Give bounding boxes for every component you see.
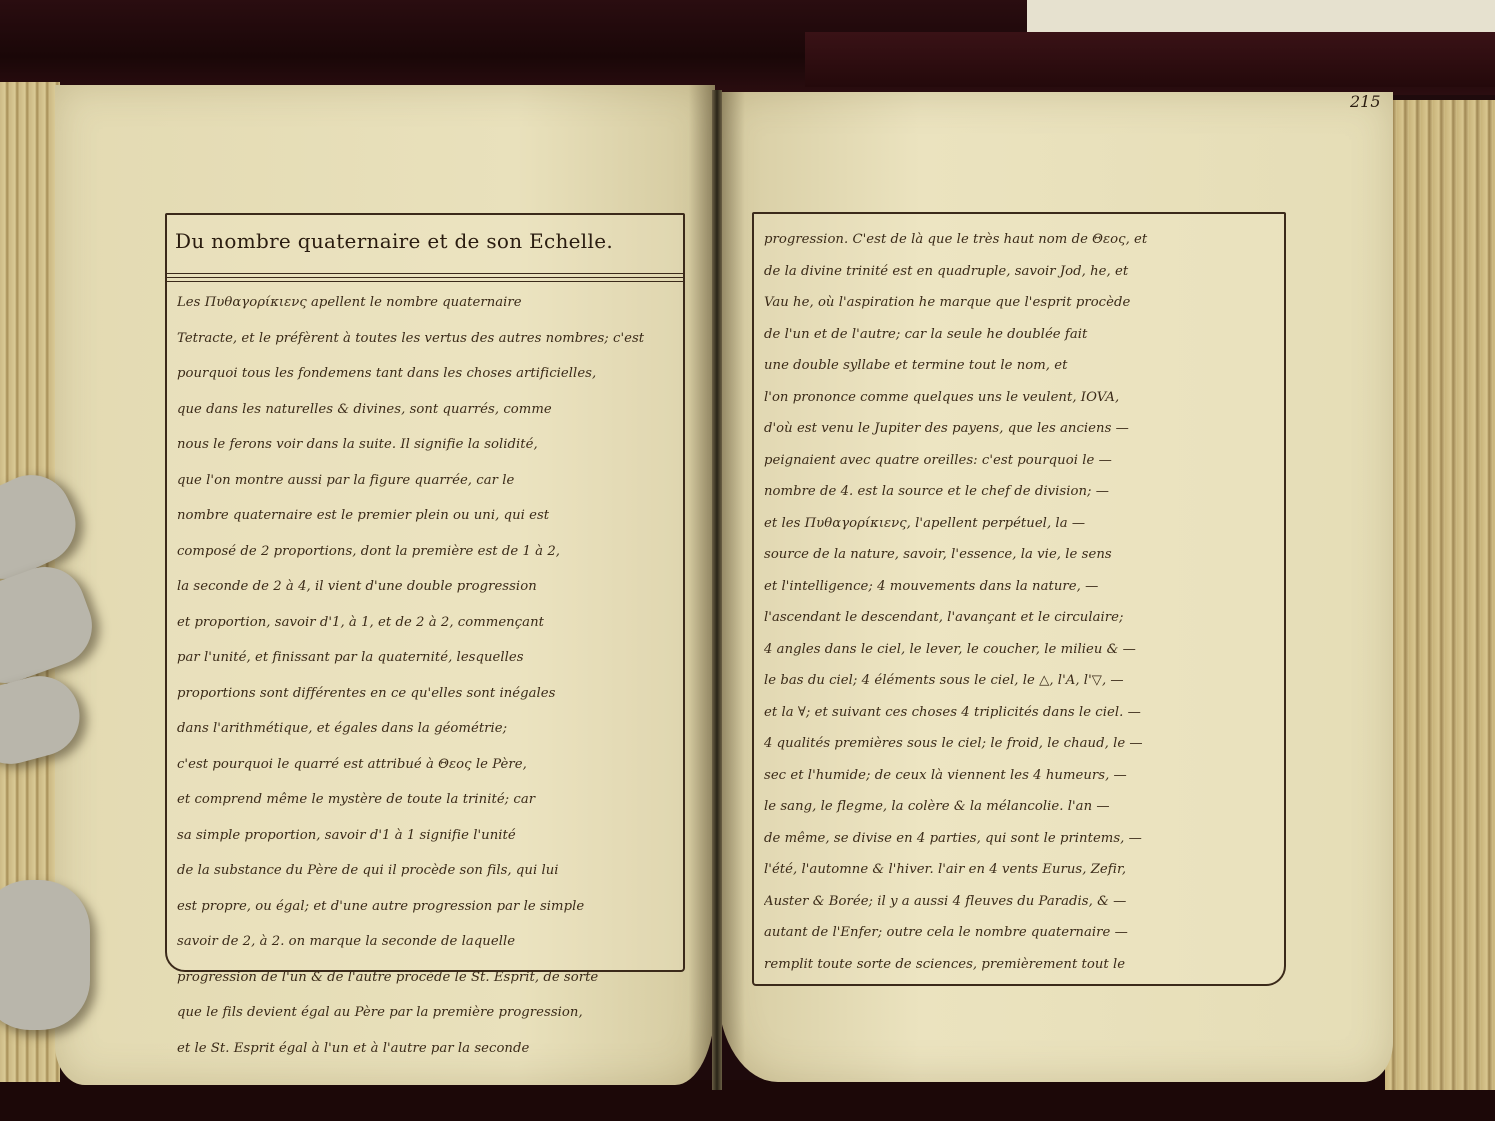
text-line: la seconde de 2 à 4, il vient d'une doub…: [177, 569, 675, 605]
text-line: proportions sont différentes en ce qu'el…: [177, 676, 675, 712]
text-line: et comprend même le mystère de toute la …: [177, 782, 675, 818]
text-line: composé de 2 proportions, dont la premiè…: [177, 534, 675, 570]
text-line: Auster & Borée; il y a aussi 4 fleuves d…: [764, 886, 1276, 918]
text-line: Vau he, où l'aspiration he marque que l'…: [764, 287, 1276, 319]
text-line: de la substance du Père de qui il procèd…: [177, 853, 675, 889]
text-line: progression de l'un & de l'autre procède…: [177, 960, 675, 996]
text-line: d'où est venu le Jupiter des payens, que…: [764, 413, 1276, 445]
text-line: c'est pourquoi le quarré est attribué à …: [177, 747, 675, 783]
text-line: pourquoi tous les fondemens tant dans le…: [177, 356, 675, 392]
text-line: de l'un et de l'autre; car la seule he d…: [764, 319, 1276, 351]
right-text-frame: progression. C'est de là que le très hau…: [752, 212, 1286, 986]
text-line: l'été, l'automne & l'hiver. l'air en 4 v…: [764, 854, 1276, 886]
text-line: nous le ferons voir dans la suite. Il si…: [177, 427, 675, 463]
book-gutter: [712, 90, 722, 1090]
text-line: 4 angles dans le ciel, le lever, le couc…: [764, 634, 1276, 666]
text-line: dans l'arithmétique, et égales dans la g…: [177, 711, 675, 747]
text-line: et la ∀; et suivant ces choses 4 triplic…: [764, 697, 1276, 729]
text-line: que dans les naturelles & divines, sont …: [177, 392, 675, 428]
red-cloth-background-bottom: [0, 1080, 1495, 1121]
text-line: par l'unité, et finissant par la quatern…: [177, 640, 675, 676]
right-page-text: progression. C'est de là que le très hau…: [764, 224, 1276, 980]
text-line: est propre, ou égal; et d'une autre prog…: [177, 889, 675, 925]
text-line: progression. C'est de là que le très hau…: [764, 224, 1276, 256]
left-page-text: Les Πυθαγορίκιενς apellent le nombre qua…: [177, 285, 675, 1066]
text-line: autant de l'Enfer; outre cela le nombre …: [764, 917, 1276, 949]
text-line: source de la nature, savoir, l'essence, …: [764, 539, 1276, 571]
text-line: que le fils devient égal au Père par la …: [177, 995, 675, 1031]
text-line: et l'intelligence; 4 mouvements dans la …: [764, 571, 1276, 603]
text-line: nombre de 4. est la source et le chef de…: [764, 476, 1276, 508]
text-line: de même, se divise en 4 parties, qui son…: [764, 823, 1276, 855]
text-line: Les Πυθαγορίκιενς apellent le nombre qua…: [177, 285, 675, 321]
text-line: nombre quaternaire est le premier plein …: [177, 498, 675, 534]
text-line: Tetracte, et le préfèrent à toutes les v…: [177, 321, 675, 357]
text-line: une double syllabe et termine tout le no…: [764, 350, 1276, 382]
text-line: peignaient avec quatre oreilles: c'est p…: [764, 445, 1276, 477]
text-line: 4 qualités premières sous le ciel; le fr…: [764, 728, 1276, 760]
title-rule-1: [167, 273, 683, 274]
chapter-title: Du nombre quaternaire et de son Echelle.: [175, 229, 613, 253]
text-line: sec et l'humide; de ceux là viennent les…: [764, 760, 1276, 792]
text-line: le sang, le flegme, la colère & la mélan…: [764, 791, 1276, 823]
text-line: et proportion, savoir d'1, à 1, et de 2 …: [177, 605, 675, 641]
text-line: sa simple proportion, savoir d'1 à 1 sig…: [177, 818, 675, 854]
folio-number: 215: [1350, 92, 1381, 111]
red-bound-volume-top-right: [805, 32, 1495, 87]
text-line: remplit toute sorte de sciences, premièr…: [764, 949, 1276, 981]
gloved-thumb: [0, 880, 90, 1030]
text-line: de la divine trinité est en quadruple, s…: [764, 256, 1276, 288]
text-line: que l'on montre aussi par la figure quar…: [177, 463, 675, 499]
text-line: et le St. Esprit égal à l'un et à l'autr…: [177, 1031, 675, 1067]
text-line: le bas du ciel; 4 éléments sous le ciel,…: [764, 665, 1276, 697]
left-text-frame: Du nombre quaternaire et de son Echelle.…: [165, 213, 685, 972]
title-rule-3: [167, 281, 683, 282]
title-rule-2: [167, 277, 683, 278]
text-line: savoir de 2, à 2. on marque la seconde d…: [177, 924, 675, 960]
right-page-block-edges: [1385, 100, 1495, 1090]
text-line: l'ascendant le descendant, l'avançant et…: [764, 602, 1276, 634]
text-line: et les Πυθαγορίκιενς, l'apellent perpétu…: [764, 508, 1276, 540]
text-line: l'on prononce comme quelques uns le veul…: [764, 382, 1276, 414]
